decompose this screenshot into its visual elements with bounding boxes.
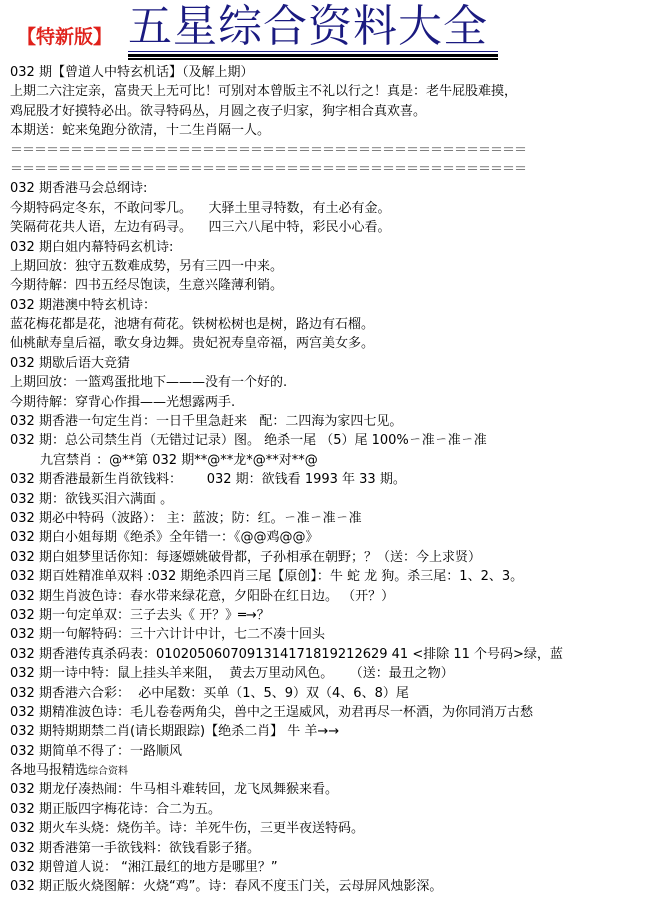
text-line: 鸡屁股才好摸特必出。欲寻特码丛，月圆之夜子归家，狗字相合真欢喜。: [10, 102, 660, 121]
text-line: 032 期生肖波色诗：春水带来绿花意，夕阳卧在红日边。 （开？）: [10, 587, 660, 606]
section-heading: 032 期白姐内幕特码玄机诗:: [10, 238, 660, 257]
text-line: 笑隔荷花共人语，左边有码寻。 四三六八尾中特，彩民小心看。: [10, 218, 660, 237]
section-heading-label: 各地马报精选: [10, 763, 88, 778]
text-line: 032 期简单不得了：一路顺风: [10, 742, 660, 761]
page-header: 【特新版】 五星综合资料大全: [0, 0, 667, 60]
section-heading-suffix: 综合资料: [88, 766, 128, 777]
text-line: 九宫禁肖 ：@**第 032 期**@**龙*@**对**@: [10, 451, 660, 470]
text-line: 032 期：欲钱买泪六满面 。: [10, 490, 660, 509]
divider: ＝＝＝＝＝＝＝＝＝＝＝＝＝＝＝＝＝＝＝＝＝＝＝＝＝＝＝＝＝＝＝＝＝＝＝＝＝＝＝＝…: [10, 141, 545, 160]
text-line: 本期送：蛇来兔跑分欲清，十二生肖隔一人。: [10, 121, 660, 140]
text-line: 032 期香港最新生肖欲钱料： 032 期：欲钱看 1993 年 33 期。: [10, 470, 660, 489]
text-line: 032 期百姓精准单双料 :032 期绝杀四肖三尾【原创】：牛 蛇 龙 狗。杀三…: [10, 567, 660, 586]
text-line: 032 期香港传真杀码表：010205060709131417181921262…: [10, 645, 660, 664]
section-heading: 032 期港澳中特玄机诗：: [10, 296, 660, 315]
text-line: 032 期白姐梦里话你知：每逐嫖姚破骨都，子孙相承在朝野；？（送：今上求贤）: [10, 548, 660, 567]
text-line: 仙桃献寿皇后福，歌女身边舞。贵妃祝寿皇帝福，两宫美女多。: [10, 334, 660, 353]
text-line: 032 期龙仔凑热闹：牛马相斗难转回，龙飞凤舞猴来看。: [10, 780, 660, 799]
text-line: 今期待解：穿背心作揖——光想露两手.: [10, 393, 660, 412]
title-rule-thin: [128, 58, 498, 60]
text-line: 032 期：总公司禁生肖（无错过记录）图。 绝杀一尾 （5）尾 100%ㄧ准ㄧ准…: [10, 431, 660, 450]
text-line: 032 期必中特码（波路）： 主：蓝波；防：红。ㄧ准ㄧ准ㄧ准: [10, 509, 660, 528]
page-title: 五星综合资料大全: [128, 2, 488, 52]
section-heading-maobao: 各地马报精选综合资料: [10, 761, 660, 780]
text-line: 032 期香港一句定生肖：一日千里急赶来 配：二四海为家四七见。: [10, 412, 660, 431]
text-line: 032 期一诗中特：鼠上挂头羊来阻， 黄去万里动风色。 （送：最丑之物）: [10, 664, 660, 683]
text-line: 032 期曾道人说： “湘江最红的地方是哪里？”: [10, 858, 660, 877]
text-line: 032 期一句解特码：三十六计计中计，七二不凑十回头: [10, 625, 660, 644]
title-rule-thick: [128, 54, 498, 57]
text-line: 032 期一句定单双：三子去头《 开？》═→？: [10, 606, 660, 625]
edition-badge: 【特新版】: [17, 22, 112, 49]
title-underline: [128, 51, 498, 52]
section-heading: 032 期香港马会总纲诗:: [10, 179, 660, 198]
divider: ＝＝＝＝＝＝＝＝＝＝＝＝＝＝＝＝＝＝＝＝＝＝＝＝＝＝＝＝＝＝＝＝＝＝＝＝＝＝＝＝…: [10, 160, 545, 179]
text-line: 上期二六注定亲，富贵天上无可比！可别对本曾版主不礼以行之！真是：老牛屁股难摸，: [10, 82, 660, 101]
text-line: 032 期正版四字梅花诗：合二为五。: [10, 800, 660, 819]
text-line: 上期回放：一篮鸡蛋批地下———没有一个好的.: [10, 373, 660, 392]
text-line: 今期待解：四书五经尽饱读，生意兴隆薄利销。: [10, 276, 660, 295]
section-heading-zeng: 032 期【曾道人中特玄机话】（及解上期）: [10, 63, 660, 82]
text-line: 蓝花梅花都是花，池塘有荷花。铁树松树也是树，路边有石榴。: [10, 315, 660, 334]
text-line: 032 期正版火烧图解：火烧“鸡”。诗：春风不度玉门关，云母屏风烛影深。: [10, 877, 660, 896]
text-line: 032 期精准波色诗：毛儿卷卷两角尖，兽中之王逞威风，劝君再尽一杯酒，为你同消万…: [10, 703, 660, 722]
document-body: 032 期【曾道人中特玄机话】（及解上期） 上期二六注定亲，富贵天上无可比！可别…: [10, 63, 660, 897]
text-line: 今期特码定冬东，不敢问零几。 大驿土里寻特数，有土必有金。: [10, 199, 660, 218]
text-line: 032 期特期期禁二肖(请长期跟踪)【绝杀二肖】 牛 羊→→: [10, 722, 660, 741]
text-line: 032 期香港六合彩： 必中尾数：买单（1、5、9）双（4、6、8）尾: [10, 684, 660, 703]
text-line: 032 期白小姐每期《绝杀》全年错一：《@@鸡@@》: [10, 528, 660, 547]
text-line: 上期回放：独守五数难成势，另有三四一中来。: [10, 257, 660, 276]
text-line: 032 期香港第一手欲钱料：欲钱看影子猪。: [10, 839, 660, 858]
section-heading: 032 期歇后语大竞猜: [10, 354, 660, 373]
text-line: 032 期火车头烧：烧伤羊。诗：羊死牛伤，三更半夜送特码。: [10, 819, 660, 838]
